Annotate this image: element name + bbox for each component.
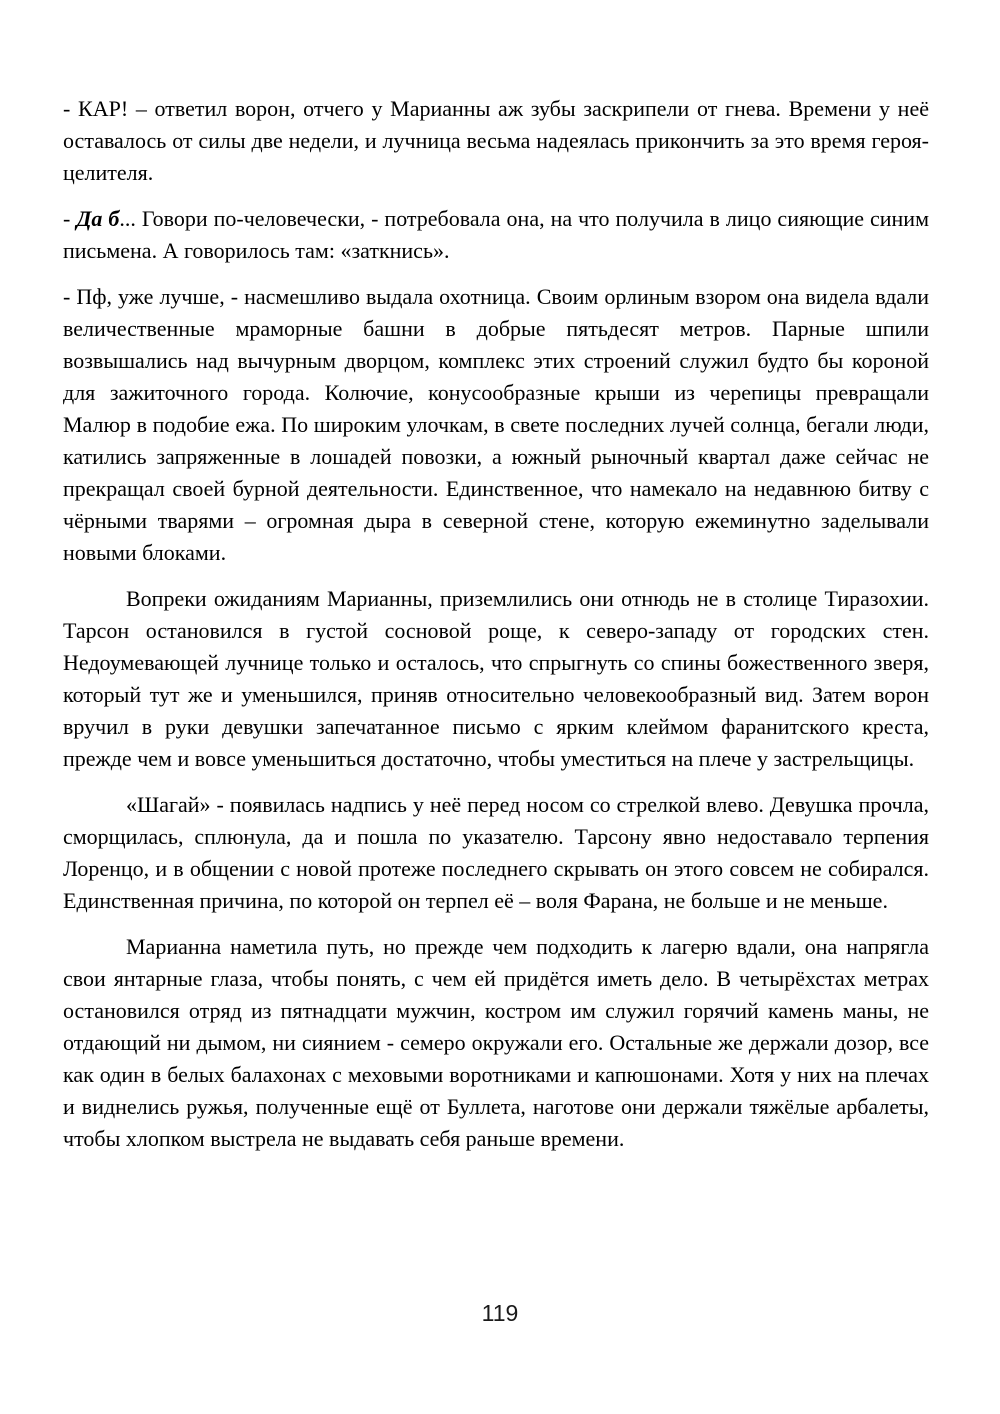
paragraph-text: «Шагай» - появилась надпись у неё перед … (63, 792, 929, 913)
paragraph-text: - Пф, уже лучше, - насмешливо выдала охо… (63, 284, 929, 565)
paragraph-text-prefix: - (63, 206, 76, 231)
book-page: - КАР! – ответил ворон, отчего у Марианн… (0, 0, 1000, 1414)
page-number: 119 (0, 1300, 1000, 1326)
paragraph-text: ... Говори по-человечески, - потребовала… (63, 206, 929, 263)
paragraph: Вопреки ожиданиям Марианны, приземлились… (63, 583, 929, 775)
paragraph: - КАР! – ответил ворон, отчего у Марианн… (63, 93, 929, 189)
paragraph: - Да б... Говори по-человечески, - потре… (63, 203, 929, 267)
paragraph-text: - КАР! – ответил ворон, отчего у Марианн… (63, 96, 929, 185)
paragraph: Марианна наметила путь, но прежде чем по… (63, 931, 929, 1155)
paragraph: «Шагай» - появилась надпись у неё перед … (63, 789, 929, 917)
paragraph-text: Марианна наметила путь, но прежде чем по… (63, 934, 929, 1151)
paragraph-text: Вопреки ожиданиям Марианны, приземлились… (63, 586, 929, 771)
paragraph: - Пф, уже лучше, - насмешливо выдала охо… (63, 281, 929, 569)
paragraph-emphasis-text: Да б (76, 206, 119, 231)
page-text: - КАР! – ответил ворон, отчего у Марианн… (63, 93, 929, 1169)
